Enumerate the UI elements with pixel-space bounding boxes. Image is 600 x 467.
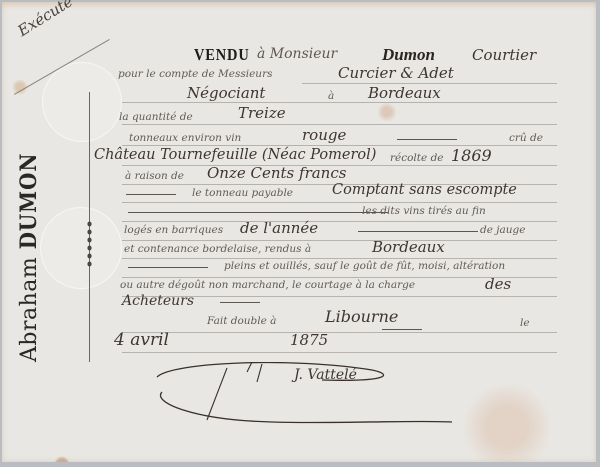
rule [122,221,557,222]
brokerage-party-prefix: des [485,275,511,293]
place-value: Libourne [325,307,398,326]
fill-dash [128,212,388,213]
at-label: à [328,90,334,102]
margin-ornament [86,220,93,268]
broker-name: Dumon [382,45,435,65]
delivery-label: et contenance bordelaise, rendus à [124,243,311,255]
chateau-value: Château Tournefeuille (Néac Pomerol) [94,147,376,163]
vintage-value: 1869 [451,146,492,165]
fill-dash [126,194,176,195]
delivery-city: Bordeaux [372,238,445,256]
fill-dash [382,329,422,330]
year-value: de l'année [240,219,318,237]
fill-dash [220,302,260,303]
wine-color-value: rouge [302,126,346,144]
price-value: Onze Cents francs [207,164,346,182]
rule [122,332,557,333]
date-label: le [520,317,530,329]
brokerage-party: Acheteurs [122,293,194,309]
rule [122,258,557,259]
executed-annotation: Exécuté [14,0,75,40]
city-value: Bordeaux [368,84,441,102]
price-label: à raison de [125,170,184,182]
payment-terms: Comptant sans escompte [332,182,517,198]
surname: DUMON [16,153,42,250]
to-monsieur: à Monsieur [257,46,337,62]
trade-value: Négociant [187,84,265,102]
merchant-name-vertical: Abraham DUMON [16,153,42,362]
casks-label: logés en barriques [124,224,223,236]
cru-label: crû de [509,132,543,144]
wine-type-label: tonneaux environ vin [129,132,241,144]
made-in-label: Fait double à [207,315,276,327]
fill-dash [128,267,208,268]
broker-role: Courtier [472,46,536,64]
quantity-value: Treize [238,104,286,122]
payment-label: le tonneau payable [192,187,293,199]
rule [122,145,557,146]
rule [122,240,557,241]
document-paper: Exécuté Abraham DUMON VENDU à Monsieur D… [2,2,596,462]
harvest-label: récolte de [390,152,444,164]
account-label: pour le compte de Messieurs [118,68,272,80]
wines-drawn-label: les dits vins tirés au fin [362,205,486,217]
embossed-stamp [40,207,122,289]
signature-name: J. Vattelé [294,367,357,383]
given-name: Abraham [17,257,42,362]
fill-dash [358,231,478,232]
embossed-seal [42,62,122,142]
fill-dash [397,139,457,140]
quantity-label: la quantité de [119,111,193,123]
date-value: 4 avril [114,330,169,350]
rule [122,352,557,353]
rule [122,124,557,125]
rule [122,102,557,103]
brokerage-label: ou autre dégoût non marchand, le courtag… [120,279,415,291]
account-value: Curcier & Adet [338,64,454,82]
year-value: 1875 [290,331,328,349]
conditions-label: pleins et ouillés, sauf le goût de fût, … [224,260,505,272]
heading-vendu: VENDU [194,45,250,65]
rule [122,202,557,203]
gauge-label: de jauge [480,224,526,236]
